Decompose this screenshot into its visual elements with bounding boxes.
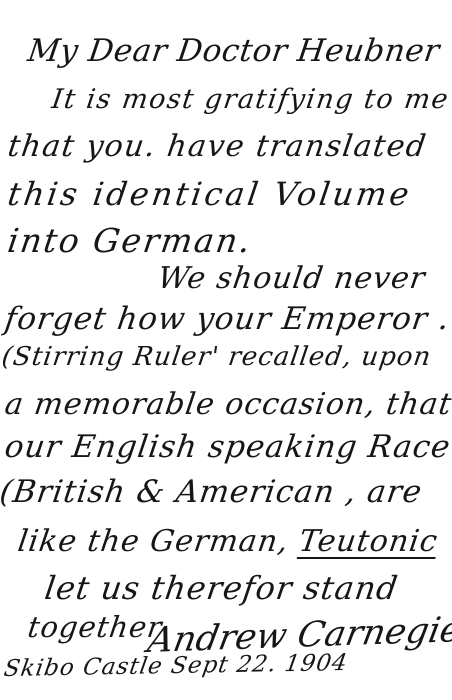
- letter-line-6: forget how your Emperor .: [3, 304, 452, 335]
- salutation-line: My Dear Doctor Heubner: [26, 36, 442, 67]
- underlined-word: Teutonic: [297, 524, 441, 559]
- letter-line-5: We should never: [156, 264, 427, 294]
- letter-line-11: like the German, Teutonic: [16, 527, 440, 557]
- letter-line-3: this identical Volume: [6, 178, 414, 210]
- letter-line-11-text: like the German,: [16, 524, 302, 559]
- letter-line-12: let us therefor stand: [43, 572, 401, 604]
- letter-line-9: our English speaking Race: [3, 432, 452, 463]
- letter-line-2: that you. have translated: [6, 132, 429, 162]
- letter-line-8: a memorable occasion, that: [3, 390, 452, 420]
- letter-line-1: It is most gratifying to me: [50, 86, 451, 113]
- letter-line-13: together: [26, 613, 164, 642]
- letter-line-10: (British & American , are: [0, 477, 424, 508]
- letter-line-4: into German.: [6, 224, 254, 257]
- letter-page: My Dear Doctor Heubner It is most gratif…: [0, 0, 452, 700]
- letter-line-7: (Stirring Ruler' recalled, upon: [0, 344, 433, 370]
- place-date-line: Skibo Castle Sept 22. 1904: [2, 652, 349, 681]
